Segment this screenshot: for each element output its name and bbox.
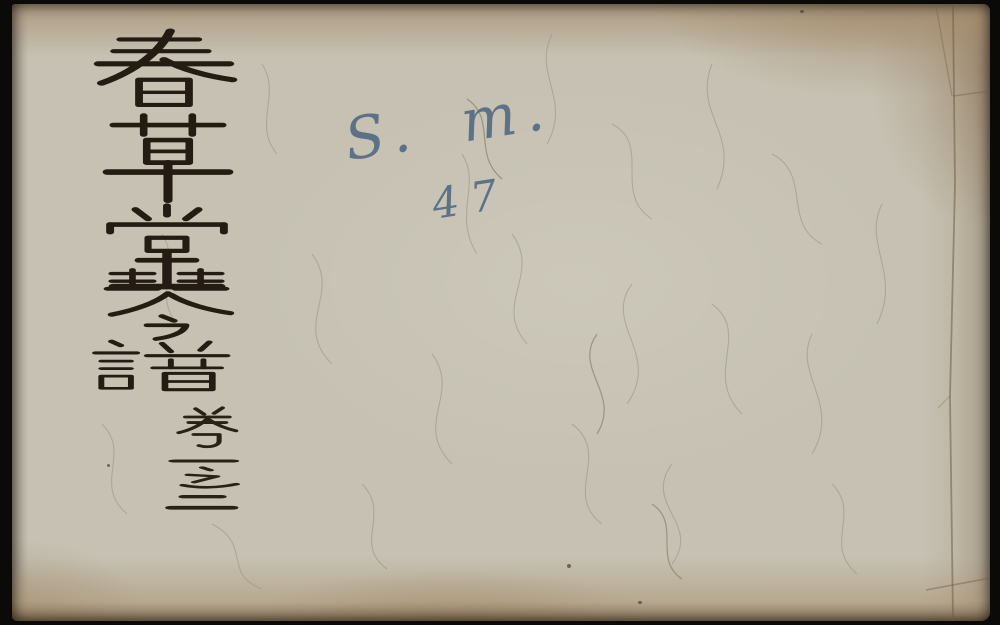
cover-creases xyxy=(926,4,990,621)
ink-speck xyxy=(800,10,804,13)
calligraphy-glyph-pu xyxy=(88,338,236,406)
ink-speck xyxy=(638,601,642,604)
book-cover: 春 草 xyxy=(12,4,990,621)
calligraphy-glyph-zhi xyxy=(164,466,244,492)
calligraphy-glyph-qin xyxy=(94,266,242,342)
title-char-5: 譜 xyxy=(88,338,236,406)
calligraphy-glyph-two xyxy=(162,490,240,514)
calligraphy-glyph-cao xyxy=(92,110,244,204)
volume-char-4: 二 xyxy=(162,490,240,514)
volume-char-3: 之 xyxy=(164,466,244,492)
calligraphy-glyph-kan xyxy=(162,406,246,452)
calligraphy-glyph-chun xyxy=(86,26,242,110)
ink-speck xyxy=(107,464,110,467)
photo-background: 春 草 xyxy=(0,0,1000,625)
shelfmark-line1: S. m. xyxy=(340,74,557,174)
title-char-4: 琴 xyxy=(94,266,242,342)
title-char-2: 草 xyxy=(92,110,244,204)
ink-speck xyxy=(567,564,571,568)
shelfmark-line2: 47 xyxy=(429,168,513,229)
volume-char-1: 巻 xyxy=(162,406,246,452)
title-char-1: 春 xyxy=(86,26,242,110)
